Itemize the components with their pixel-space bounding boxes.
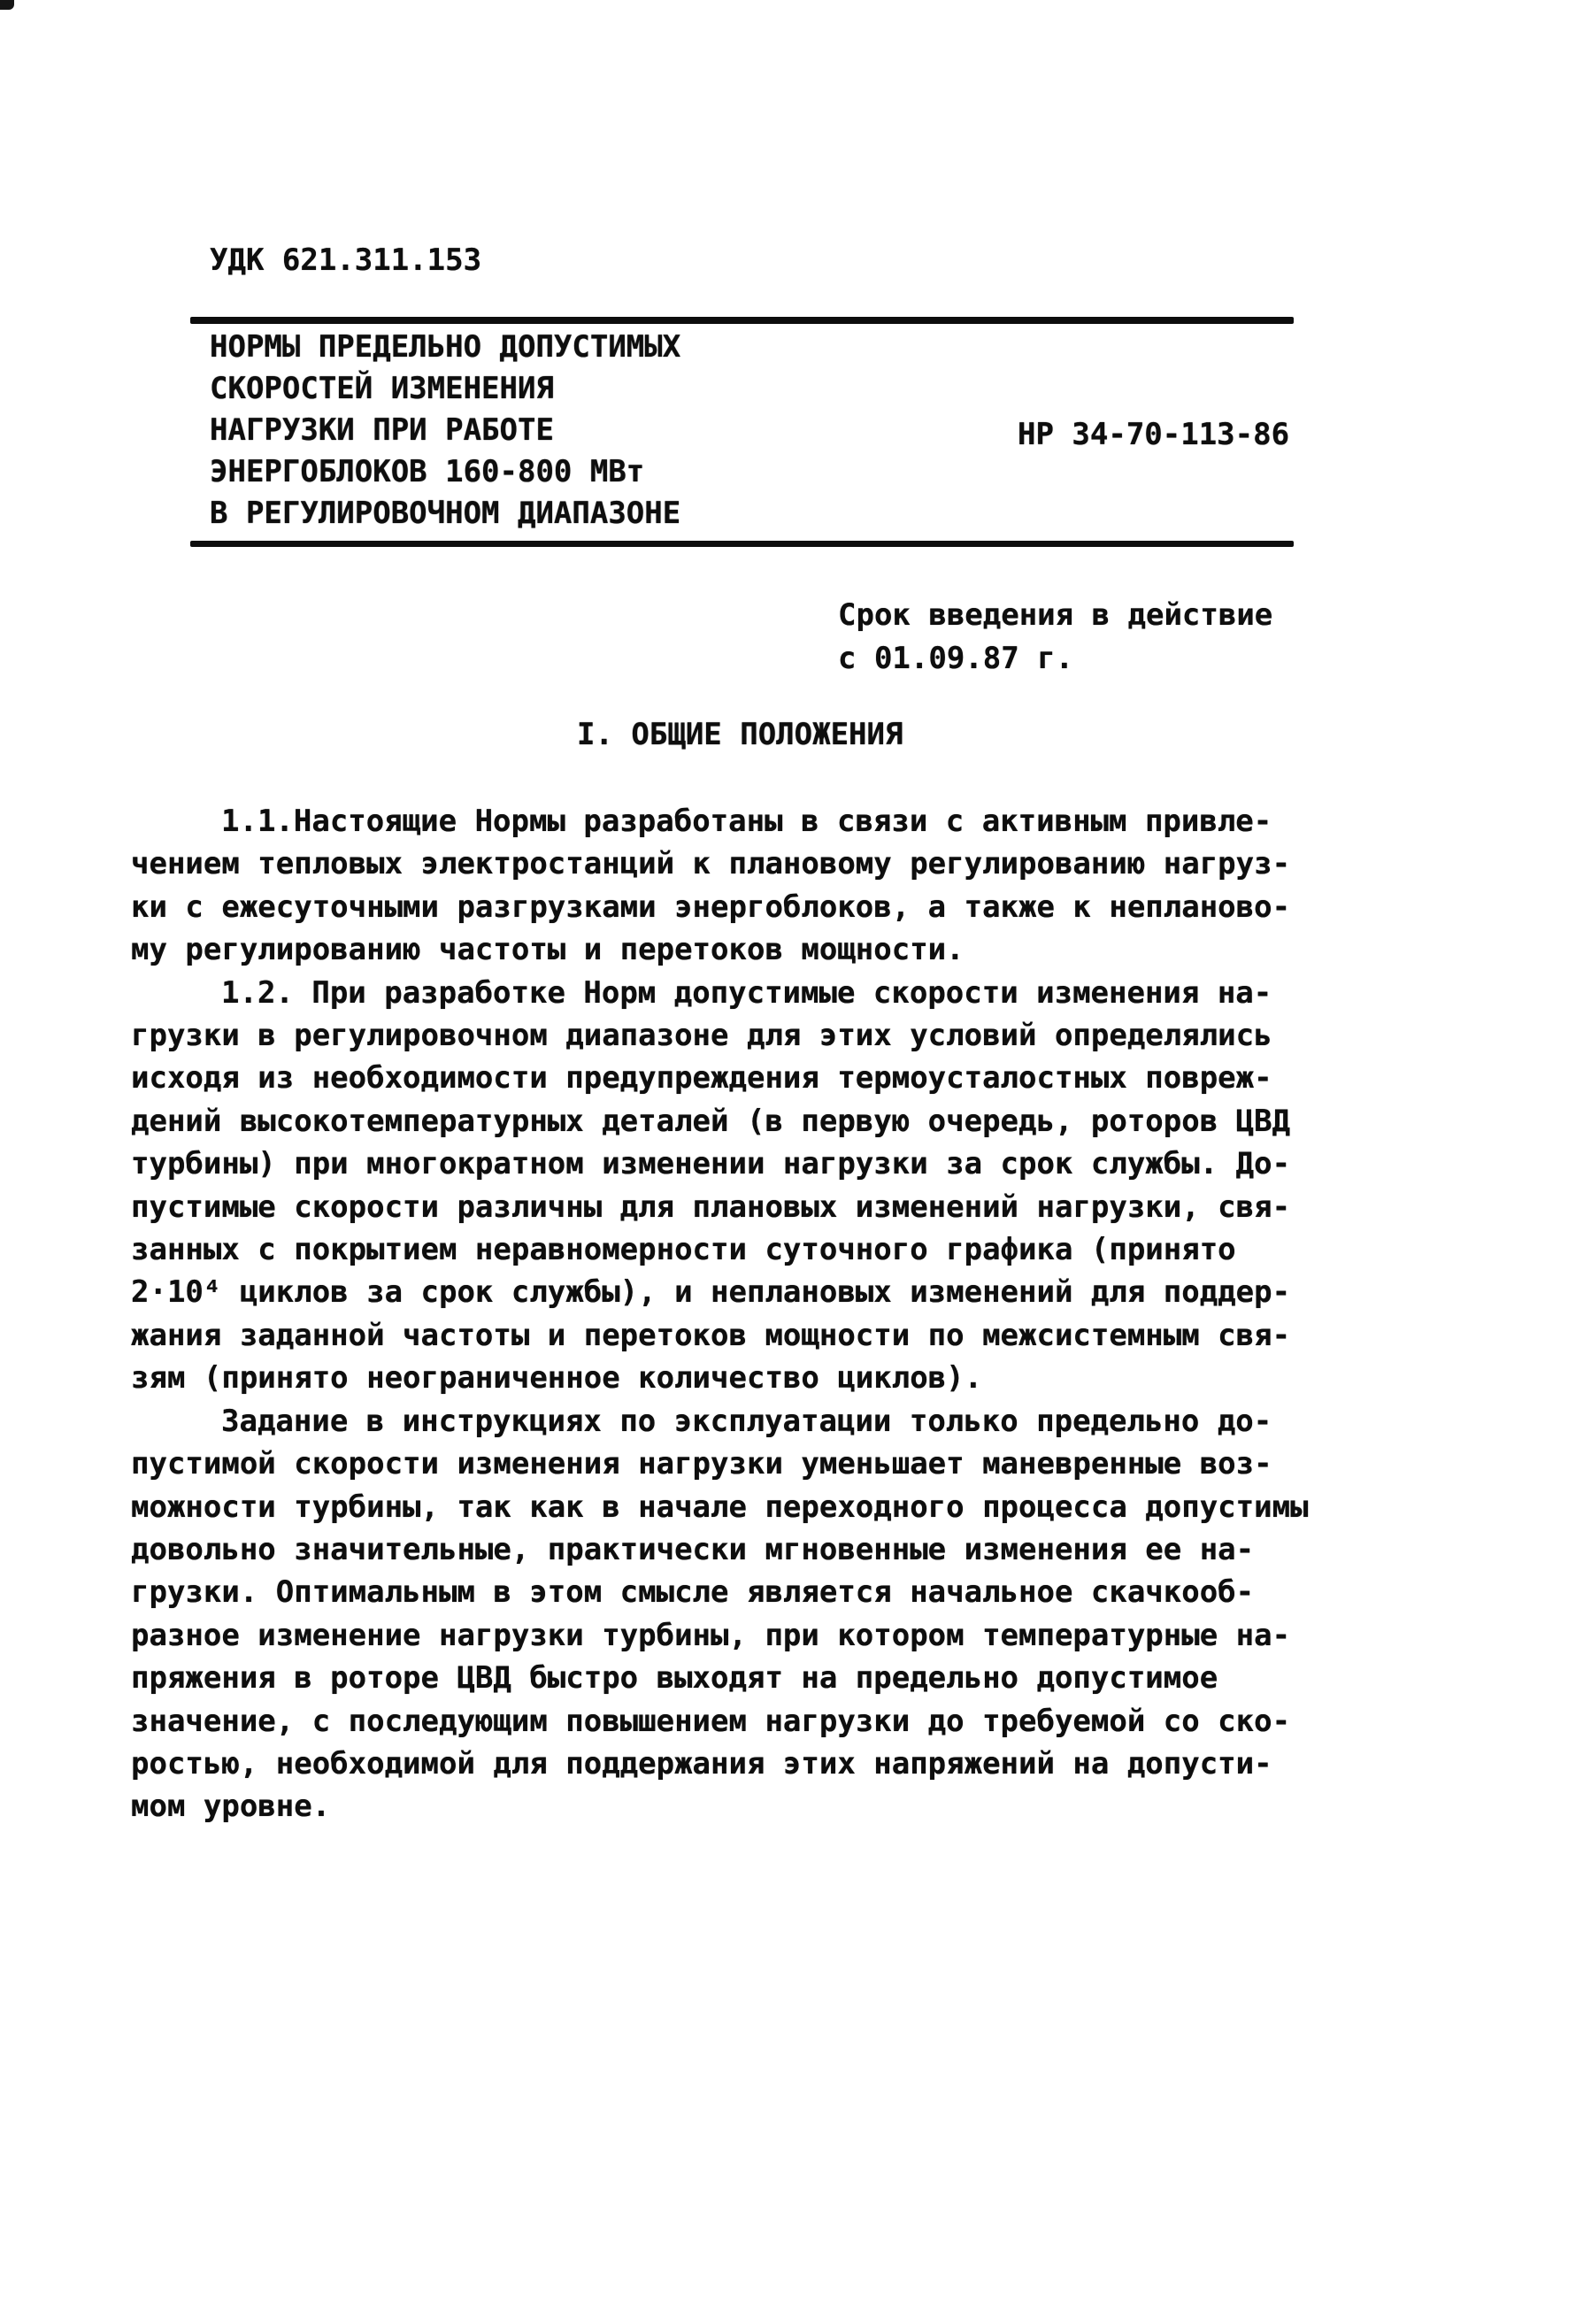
body-line: 1.2. При разработке Норм допустимые скор…	[131, 972, 1352, 1014]
title-line: НАГРУЗКИ ПРИ РАБОТЕ	[210, 410, 680, 451]
body-line: разное изменение нагрузки турбины, при к…	[131, 1614, 1352, 1657]
body-text: 1.1.Настоящие Нормы разработаны в связи …	[131, 800, 1352, 1828]
body-line: ки с ежесуточными разгрузками энергоблок…	[131, 886, 1352, 928]
body-line: дений высокотемпературных деталей (в пер…	[131, 1100, 1352, 1143]
body-line: турбины) при многократном изменении нагр…	[131, 1143, 1352, 1185]
body-line: можности турбины, так как в начале перех…	[131, 1486, 1352, 1528]
title-line: СКОРОСТЕЙ ИЗМЕНЕНИЯ	[210, 368, 680, 410]
section-heading: I. ОБЩИЕ ПОЛОЖЕНИЯ	[577, 713, 903, 756]
body-line: 1.1.Настоящие Нормы разработаны в связи …	[131, 800, 1352, 843]
header-rule-bottom	[190, 541, 1294, 547]
udk-number: УДК 621.311.153	[210, 239, 481, 281]
body-line: значение, с последующим повышением нагру…	[131, 1700, 1352, 1743]
body-line: зям (принято неограниченное количество ц…	[131, 1357, 1352, 1399]
scan-speck	[0, 0, 14, 10]
body-line: Задание в инструкциях по эксплуатации то…	[131, 1400, 1352, 1443]
body-line: чением тепловых электростанций к планово…	[131, 843, 1352, 885]
body-line: жания заданной частоты и перетоков мощно…	[131, 1314, 1352, 1357]
body-line: довольно значительные, практически мгнов…	[131, 1528, 1352, 1571]
effective-date: Срок введения в действие с 01.09.87 г.	[838, 594, 1272, 681]
title-line: НОРМЫ ПРЕДЕЛЬНО ДОПУСТИМЫХ	[210, 327, 680, 368]
body-line: мом уровне.	[131, 1785, 1352, 1828]
effective-date-line: с 01.09.87 г.	[838, 637, 1272, 681]
body-line: пустимые скорости различны для плановых …	[131, 1186, 1352, 1228]
body-line: пряжения в роторе ЦВД быстро выходят на …	[131, 1657, 1352, 1699]
body-line: му регулированию частоты и перетоков мощ…	[131, 928, 1352, 971]
document-page: УДК 621.311.153 НОРМЫ ПРЕДЕЛЬНО ДОПУСТИМ…	[0, 0, 1591, 2324]
title-line: В РЕГУЛИРОВОЧНОМ ДИАПАЗОНЕ	[210, 493, 680, 535]
body-line: грузки. Оптимальным в этом смысле являет…	[131, 1571, 1352, 1613]
effective-date-line: Срок введения в действие	[838, 594, 1272, 637]
body-line: занных с покрытием неравномерности суточ…	[131, 1228, 1352, 1271]
title-line: ЭНЕРГОБЛОКОВ 160-800 МВт	[210, 451, 680, 493]
body-line: ростью, необходимой для поддержания этих…	[131, 1743, 1352, 1785]
body-line: пустимой скорости изменения нагрузки уме…	[131, 1443, 1352, 1485]
body-line: исходя из необходимости предупреждения т…	[131, 1057, 1352, 1099]
header-rule-top	[190, 317, 1294, 324]
body-line: грузки в регулировочном диапазоне для эт…	[131, 1014, 1352, 1057]
document-number: НР 34-70-113-86	[1018, 413, 1289, 456]
document-title: НОРМЫ ПРЕДЕЛЬНО ДОПУСТИМЫХ СКОРОСТЕЙ ИЗМ…	[210, 327, 680, 535]
body-line: 2·10⁴ циклов за срок службы), и непланов…	[131, 1271, 1352, 1313]
